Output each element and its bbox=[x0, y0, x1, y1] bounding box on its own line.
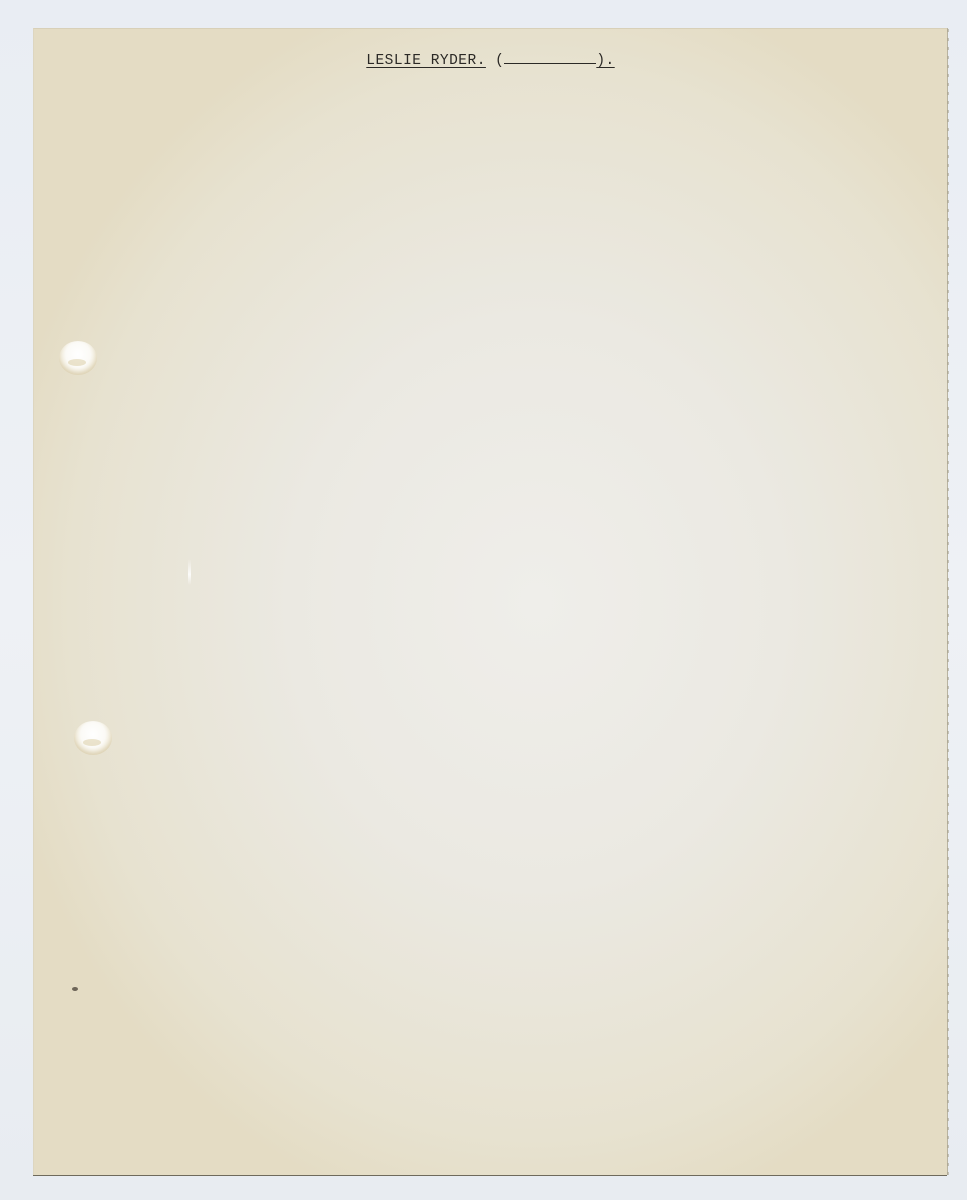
page-heading: LESLIE RYDER. (). bbox=[34, 51, 947, 69]
binder-hole-icon bbox=[59, 341, 97, 375]
binder-hole-icon bbox=[74, 721, 112, 755]
paper-crease bbox=[188, 559, 191, 585]
heading-name: LESLIE RYDER. bbox=[366, 53, 486, 69]
heading-blank-field bbox=[504, 51, 596, 64]
torn-right-edge bbox=[947, 29, 949, 1175]
typed-page: LESLIE RYDER. (). bbox=[33, 28, 947, 1175]
heading-close-paren: ). bbox=[596, 53, 614, 69]
heading-open-paren: ( bbox=[495, 53, 504, 69]
ink-speck bbox=[72, 987, 78, 991]
